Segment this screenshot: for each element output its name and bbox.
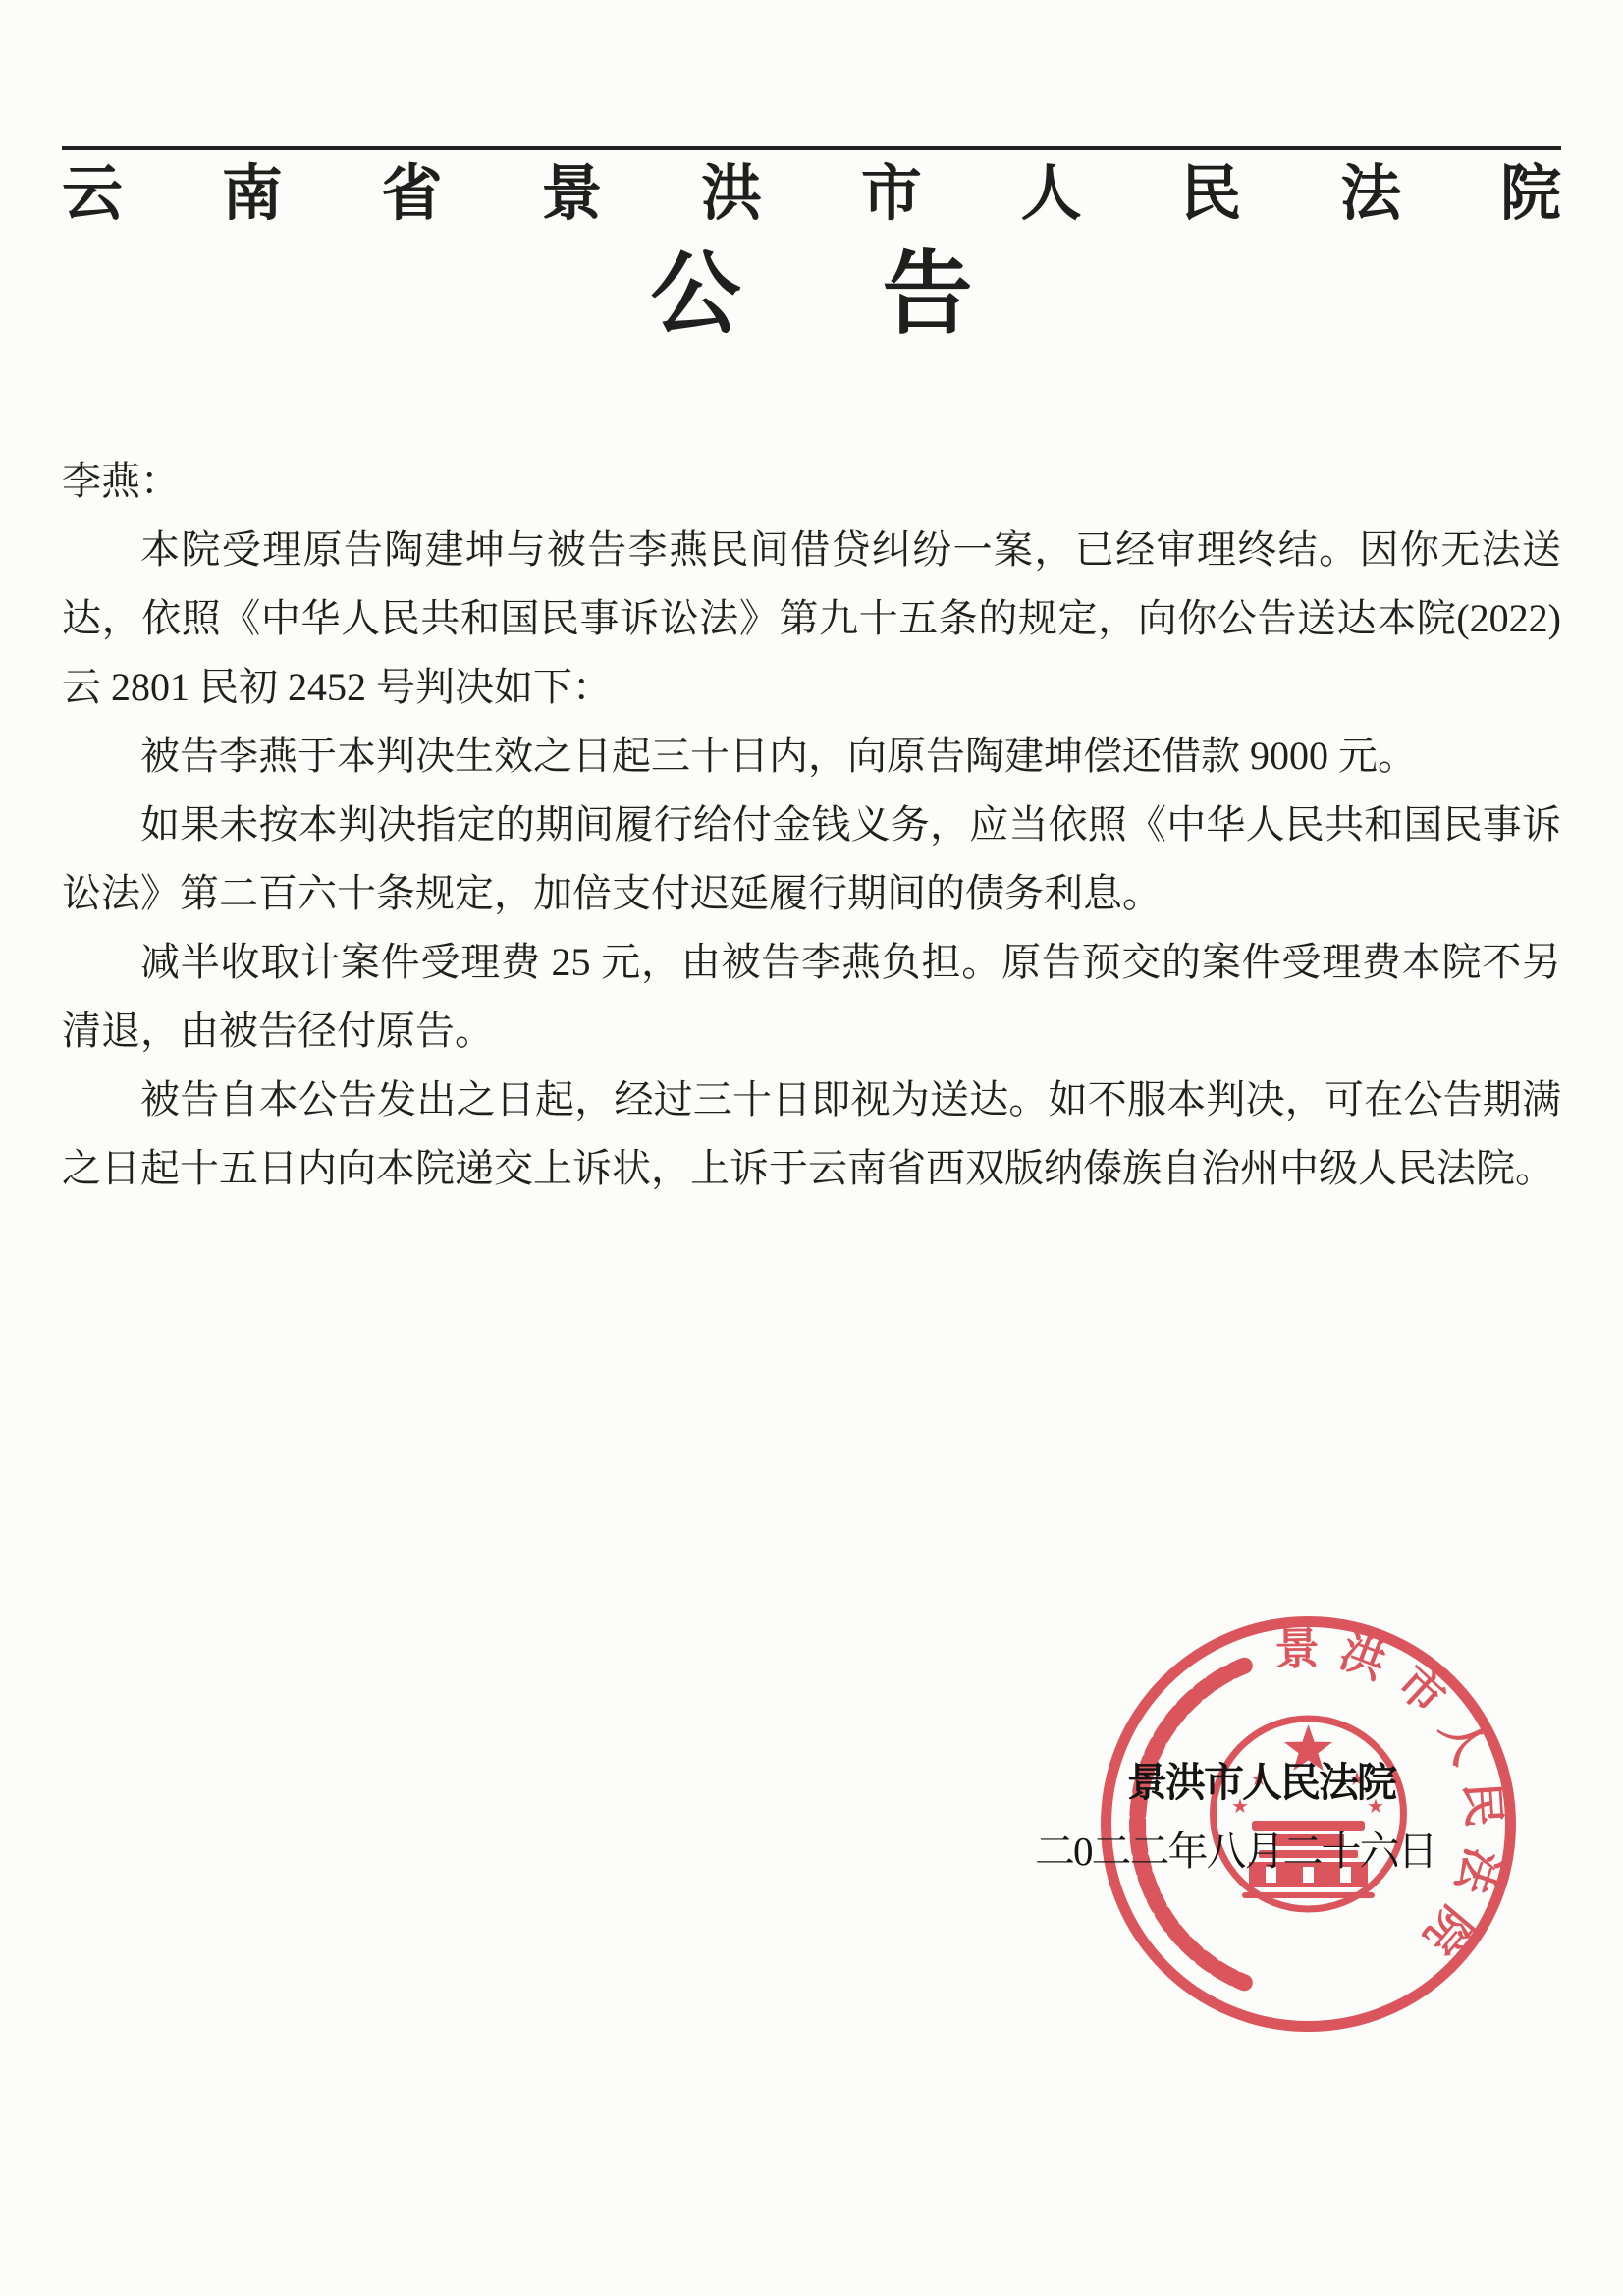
paragraph: 被告自本公告发出之日起，经过三十日即视为送达。如不服本判决，可在公告期满之日起十… — [62, 1066, 1561, 1203]
paragraph: 如果未按本判决指定的期间履行给付金钱义务，应当依照《中华人民共和国民事诉讼法》第… — [62, 791, 1561, 928]
court-name-header: 云南省景洪市人民法院 — [62, 152, 1561, 237]
paragraph: 减半收取计案件受理费 25 元，由被告李燕负担。原告预交的案件受理费本院不另清退… — [62, 928, 1561, 1066]
issue-date: 二0二二年八月二十六日 — [1035, 1819, 1436, 1877]
announcement-body: 李燕： 本院受理原告陶建坤与被告李燕民间借贷纠纷一案，已经审理终结。因你无法送达… — [62, 447, 1561, 1203]
court-announcement-page: 云南省景洪市人民法院 公 告 李燕： 本院受理原告陶建坤与被告李燕民间借贷纠纷一… — [0, 0, 1623, 2296]
gate-ground — [1242, 1892, 1375, 1898]
document-title: 公 告 — [62, 241, 1561, 349]
national-emblem-icon: ★ ★ ★ ★ — [1214, 1719, 1404, 1909]
seal-signature-text: 景洪市人民法院 — [1127, 1750, 1395, 1808]
header-rule — [62, 146, 1561, 150]
salutation: 李燕： — [62, 447, 1561, 516]
paragraph: 被告李燕于本判决生效之日起三十日内，向原告陶建坤偿还借款 9000 元。 — [62, 722, 1561, 791]
paragraph-list: 本院受理原告陶建坤与被告李燕民间借贷纠纷一案，已经审理终结。因你无法送达，依照《… — [62, 516, 1561, 1203]
paragraph: 本院受理原告陶建坤与被告李燕民间借贷纠纷一案，已经审理终结。因你无法送达，依照《… — [62, 516, 1561, 722]
